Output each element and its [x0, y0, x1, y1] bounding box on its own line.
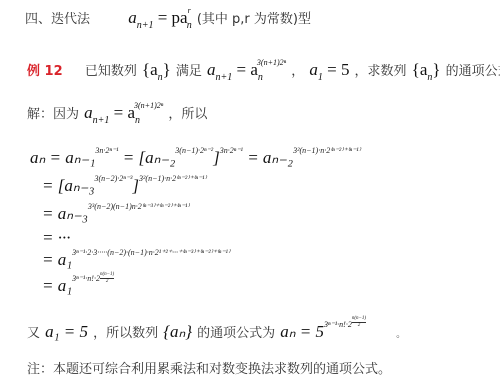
initial-condition: a1 = 5: [309, 60, 349, 79]
conclusion-text: ，所以数列: [93, 326, 158, 341]
solution-text: ，所以: [168, 107, 207, 122]
derivation-line-1: aₙ = aₙ₋₁3n·2ⁿ⁻¹ = [aₙ₋₂3(n−1)·2ⁿ⁻²]3n·2…: [30, 148, 361, 168]
sequence-symbol: {an}: [412, 60, 441, 79]
derivation-line-2: = [aₙ₋₃3(n−2)·2ⁿ⁻³]3²(n−1)·n·2⁽ⁿ⁻²⁾⁺⁽ⁿ⁻¹…: [42, 176, 207, 196]
recurrence-formula: an+1 = an3(n+1)2ⁿ: [207, 60, 286, 79]
example-text: 已知数列: [85, 64, 137, 79]
note-text: 注：本题还可综合利用累乘法和对数变换法求数列的通项公式。: [27, 362, 391, 377]
conclusion-text: 又: [27, 326, 40, 341]
conclusion-text: 的通项公式为: [197, 326, 275, 341]
initial-condition: a₁ = 5: [45, 322, 88, 341]
solution-intro: 解：因为 an+1 = an3(n+1)2ⁿ ，所以: [27, 103, 207, 123]
note: 注：本题还可综合利用累乘法和对数变换法求数列的通项公式。: [27, 358, 391, 377]
heading-prefix: 四、迭代法: [25, 12, 90, 27]
conclusion: 又 a₁ = 5 ，所以数列 {aₙ} 的通项公式为 aₙ = 53ⁿ⁻¹·n!…: [27, 322, 405, 347]
example-label: 例 12: [27, 64, 63, 79]
solution-label: 解：因为: [27, 107, 79, 122]
heading-suffix: (其中 p,r 为常数)型: [197, 12, 311, 27]
heading-formula: an+1 = parn: [128, 8, 192, 27]
sequence-symbol: {an}: [142, 60, 171, 79]
example-text: 满足: [176, 64, 202, 79]
fraction: n(n−1)2: [352, 316, 366, 329]
recurrence-formula: an+1 = an3(n+1)2ⁿ: [84, 103, 163, 122]
fraction: n(n−1)2: [100, 272, 114, 285]
conclusion-end: 。: [396, 330, 405, 340]
result-formula: aₙ = 53ⁿ⁻¹·n!·2n(n−1)2: [280, 322, 366, 341]
derivation-line-6: = a₁3ⁿ⁻¹·n!·2n(n−1)2: [42, 276, 114, 301]
derivation-line-4: = ···: [42, 228, 70, 248]
section-heading: 四、迭代法 an+1 = parn (其中 p,r 为常数)型: [25, 8, 311, 28]
example-text: ，: [291, 64, 304, 79]
derivation-line-3: = aₙ₋₃3³(n−2)(n−1)n·2⁽ⁿ⁻³⁾⁺⁽ⁿ⁻²⁾⁺⁽ⁿ⁻¹⁾: [42, 204, 189, 224]
example-text: 的通项公式。: [446, 64, 500, 79]
example-text: ，求数列: [355, 64, 407, 79]
example-statement: 例 12 已知数列 {an} 满足 an+1 = an3(n+1)2ⁿ ， a1…: [27, 60, 500, 80]
sequence-symbol: {aₙ}: [163, 322, 192, 341]
derivation-line-5: = a₁3ⁿ⁻¹·2·3·····(n−2)·(n−1)·n·2¹⁺²⁺···⁺…: [42, 250, 230, 270]
